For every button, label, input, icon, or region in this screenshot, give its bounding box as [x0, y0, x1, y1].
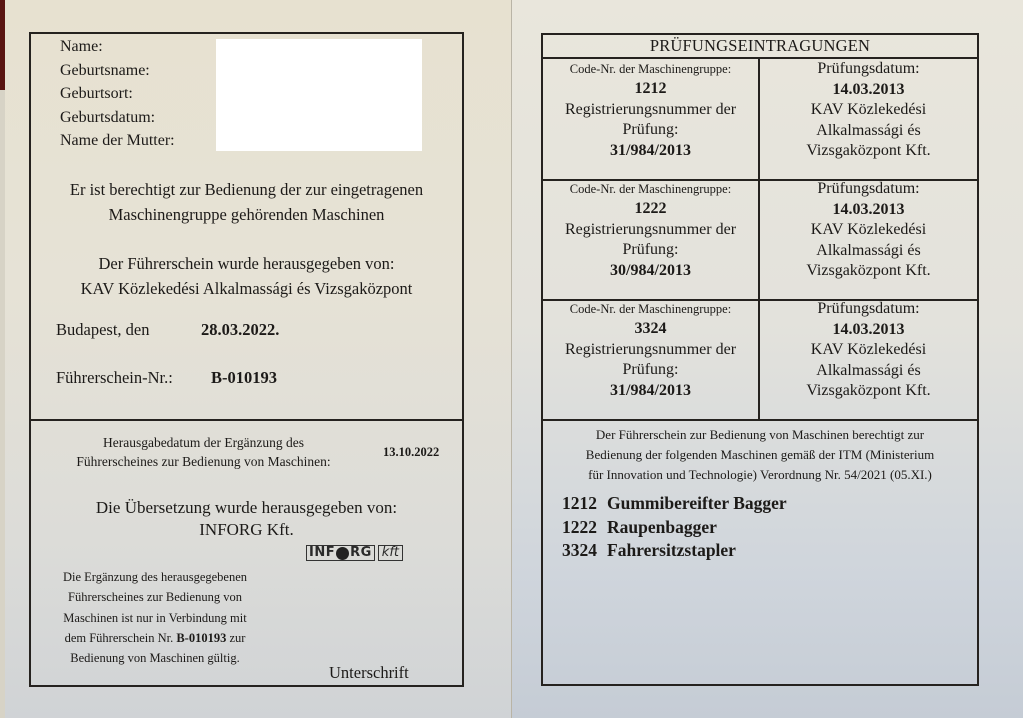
- exam-entry-date-cell: Prüfungsdatum: 14.03.2013 KAV Közlekedés…: [760, 299, 977, 419]
- exam-records-title: PRÜFUNGSEINTRAGUNGEN: [543, 35, 977, 59]
- exam-entry: Code-Nr. der Maschinengruppe: 3324 Regis…: [543, 299, 977, 421]
- issuer-block: Der Führerschein wurde herausgegeben von…: [31, 252, 462, 301]
- list-item: 3324 Fahrersitzstapler: [562, 539, 787, 563]
- machine-group-code: 1212: [543, 79, 758, 100]
- exam-date-label: Prüfungsdatum:: [760, 299, 977, 320]
- exam-date-label: Prüfungsdatum:: [760, 59, 977, 80]
- issue-date-row: Budapest, den 28.03.2022.: [56, 320, 149, 340]
- exam-date-label: Prüfungsdatum:: [760, 179, 977, 200]
- exam-authority: Alkalmassági és: [760, 121, 977, 142]
- machine-code: 3324: [562, 539, 607, 563]
- regulation-info: Der Führerschein zur Bedienung von Masch…: [543, 425, 977, 485]
- exam-authority: Vizsgaközpont Kft.: [760, 141, 977, 162]
- supplement-section: Herausgabedatum der Ergänzung des Führer…: [31, 419, 462, 685]
- entitlement-text: Er ist berechtigt zur Bedienung der zur …: [31, 178, 462, 227]
- logo-suffix: kft: [378, 545, 403, 561]
- holder-section: Name: Geburtsname: Geburtsort: Geburtsda…: [31, 34, 462, 421]
- supplement-date-label-line: Führerscheines zur Bedienung von Maschin…: [31, 452, 376, 471]
- exam-authority: KAV Közlekedési: [760, 220, 977, 241]
- exam-records-box: PRÜFUNGSEINTRAGUNGEN Code-Nr. der Maschi…: [541, 33, 979, 686]
- note-line: Führerscheines zur Bedienung von: [37, 587, 273, 607]
- exam-authority: KAV Közlekedési: [760, 340, 977, 361]
- supplement-date-label-line: Herausgabedatum der Ergänzung des: [31, 433, 376, 452]
- logo-wordmark: INF RG: [306, 545, 375, 561]
- field-birth-place-label: Geburtsort:: [60, 82, 175, 106]
- validity-note: Die Ergänzung des herausgegebenen Führer…: [37, 567, 273, 668]
- note-text: dem Führerschein Nr.: [65, 631, 177, 645]
- signature-label: Unterschrift: [329, 663, 409, 683]
- exam-authority: KAV Közlekedési: [760, 100, 977, 121]
- exam-entry: Code-Nr. der Maschinengruppe: 1212 Regis…: [543, 59, 977, 181]
- field-mother-name-label: Name der Mutter:: [60, 129, 175, 153]
- logo-text: RG: [350, 546, 372, 560]
- exam-entry-code-cell: Code-Nr. der Maschinengruppe: 1222 Regis…: [543, 179, 760, 299]
- note-line: Bedienung von Maschinen gültig.: [37, 648, 273, 668]
- machine-code: 1212: [562, 492, 607, 516]
- reg-label: Prüfung:: [543, 120, 758, 141]
- exam-authority: Alkalmassági és: [760, 361, 977, 382]
- field-name-label: Name:: [60, 35, 175, 59]
- machine-code: 1222: [562, 516, 607, 540]
- note-license-no: B-010193: [176, 631, 226, 645]
- issued-by-label: Der Führerschein wurde herausgegeben von…: [31, 252, 462, 277]
- exam-date: 14.03.2013: [760, 200, 977, 221]
- translator: INFORG Kft.: [31, 519, 462, 541]
- list-item: 1222 Raupenbagger: [562, 516, 787, 540]
- redacted-personal-values: [216, 39, 422, 151]
- license-details-box: Name: Geburtsname: Geburtsort: Geburtsda…: [29, 32, 464, 687]
- exam-entry: Code-Nr. der Maschinengruppe: 1222 Regis…: [543, 179, 977, 301]
- exam-entry-date-cell: Prüfungsdatum: 14.03.2013 KAV Közlekedés…: [760, 59, 977, 179]
- reg-label: Prüfung:: [543, 240, 758, 261]
- reg-label: Registrierungsnummer der: [543, 220, 758, 241]
- list-item: 1212 Gummibereifter Bagger: [562, 492, 787, 516]
- info-line: Bedienung der folgenden Maschinen gemäß …: [543, 445, 977, 465]
- registration-number: 30/984/2013: [543, 261, 758, 282]
- exam-entry-code-cell: Code-Nr. der Maschinengruppe: 1212 Regis…: [543, 59, 760, 179]
- note-line: dem Führerschein Nr. B-010193 zur: [37, 628, 273, 648]
- reg-label: Registrierungsnummer der: [543, 340, 758, 361]
- translation-block: Die Übersetzung wurde herausgegeben von:…: [31, 497, 462, 541]
- license-no-label: Führerschein-Nr.:: [56, 368, 173, 387]
- registration-number: 31/984/2013: [543, 381, 758, 402]
- personal-fields: Name: Geburtsname: Geburtsort: Geburtsda…: [60, 35, 175, 153]
- supplement-date-label: Herausgabedatum der Ergänzung des Führer…: [31, 433, 376, 471]
- issue-date: 28.03.2022.: [201, 320, 279, 340]
- machine-name: Fahrersitzstapler: [607, 539, 736, 563]
- code-label: Code-Nr. der Maschinengruppe:: [543, 179, 758, 199]
- machine-list: 1212 Gummibereifter Bagger 1222 Raupenba…: [562, 492, 787, 563]
- license-no: B-010193: [211, 368, 277, 388]
- note-line: Die Ergänzung des herausgegebenen: [37, 567, 273, 587]
- translation-label: Die Übersetzung wurde herausgegeben von:: [31, 497, 462, 519]
- machine-group-code: 3324: [543, 319, 758, 340]
- reg-label: Registrierungsnummer der: [543, 100, 758, 121]
- registration-number: 31/984/2013: [543, 141, 758, 162]
- place-label: Budapest, den: [56, 320, 149, 339]
- exam-authority: Vizsgaközpont Kft.: [760, 261, 977, 282]
- machine-name: Raupenbagger: [607, 516, 717, 540]
- logo-text: INF: [309, 546, 335, 560]
- exam-authority: Alkalmassági és: [760, 241, 977, 262]
- left-page: Name: Geburtsname: Geburtsort: Geburtsda…: [5, 0, 511, 718]
- info-line: Der Führerschein zur Bedienung von Masch…: [543, 425, 977, 445]
- note-text: zur: [226, 631, 245, 645]
- machine-group-code: 1222: [543, 199, 758, 220]
- exam-entry-code-cell: Code-Nr. der Maschinengruppe: 3324 Regis…: [543, 299, 760, 419]
- code-label: Code-Nr. der Maschinengruppe:: [543, 59, 758, 79]
- field-birth-name-label: Geburtsname:: [60, 59, 175, 83]
- issued-by: KAV Közlekedési Alkalmassági és Vizsgakö…: [31, 277, 462, 302]
- exam-date: 14.03.2013: [760, 320, 977, 341]
- inforg-logo: INF RG kft: [306, 545, 403, 561]
- exam-entry-date-cell: Prüfungsdatum: 14.03.2013 KAV Közlekedés…: [760, 179, 977, 299]
- machine-name: Gummibereifter Bagger: [607, 492, 787, 516]
- supplement-date: 13.10.2022: [383, 445, 439, 460]
- exam-authority: Vizsgaközpont Kft.: [760, 381, 977, 402]
- license-number-row: Führerschein-Nr.: B-010193: [56, 368, 173, 388]
- right-page: PRÜFUNGSEINTRAGUNGEN Code-Nr. der Maschi…: [511, 0, 1023, 718]
- exam-date: 14.03.2013: [760, 80, 977, 101]
- reg-label: Prüfung:: [543, 360, 758, 381]
- code-label: Code-Nr. der Maschinengruppe:: [543, 299, 758, 319]
- note-line: Maschinen ist nur in Verbindung mit: [37, 608, 273, 628]
- info-line: für Innovation und Technologie) Verordnu…: [543, 465, 977, 485]
- field-birth-date-label: Geburtsdatum:: [60, 106, 175, 130]
- logo-circle-icon: [336, 547, 349, 560]
